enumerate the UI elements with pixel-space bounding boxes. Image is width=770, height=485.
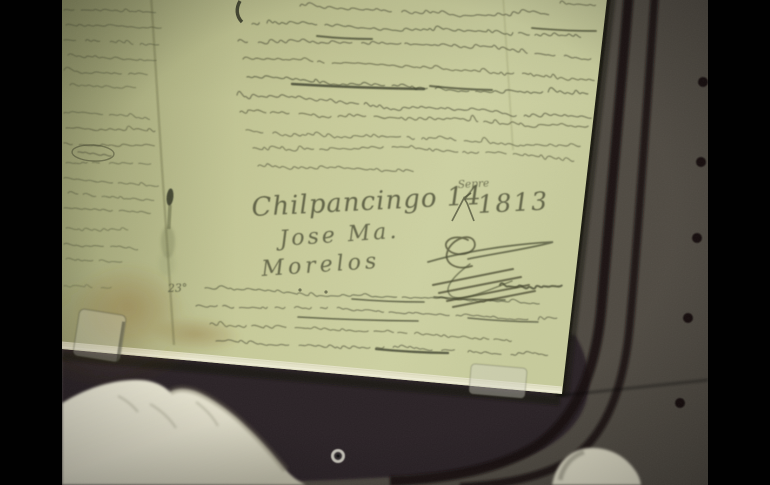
letterbox-right: [708, 0, 770, 485]
letterbox-left: [0, 0, 62, 485]
film-grain-overlay: [62, 0, 708, 485]
photo-canvas: Chilpancingo 14 Sepre 1813 Jose Ma. More…: [0, 0, 770, 485]
photo-of-manuscript: Chilpancingo 14 Sepre 1813 Jose Ma. More…: [0, 0, 770, 485]
